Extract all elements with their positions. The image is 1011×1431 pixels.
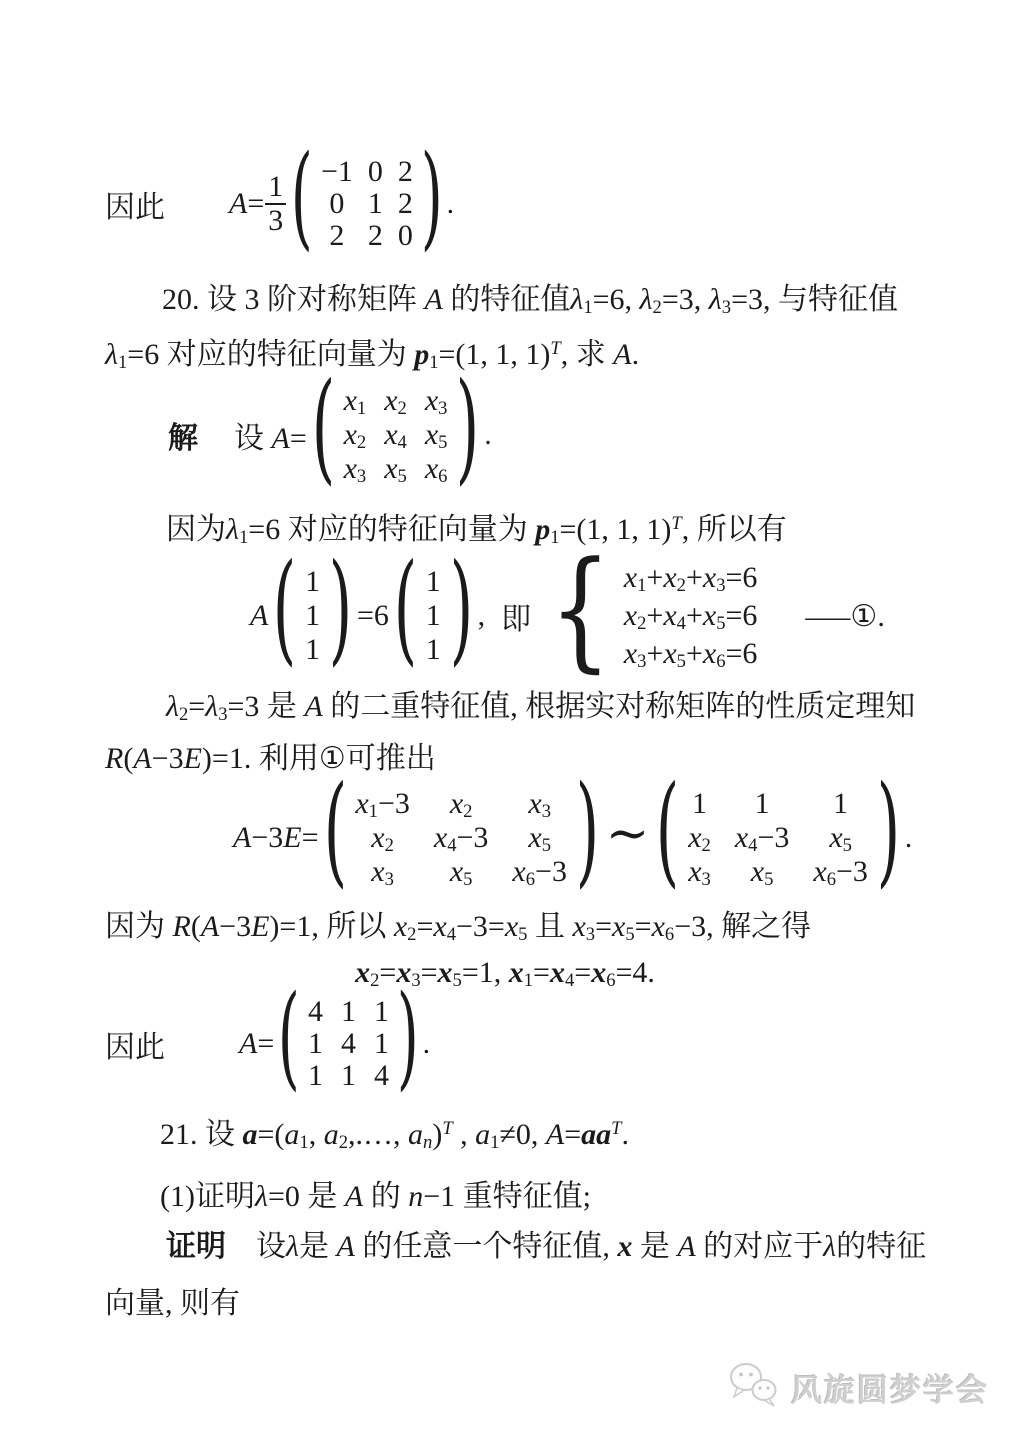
- matrix-cell: x3: [688, 855, 711, 889]
- matrix-cell: 2: [398, 187, 413, 221]
- left-paren: (: [291, 141, 313, 253]
- matrix-cell: 1: [308, 1059, 323, 1093]
- matrix-cell: x6−3: [813, 855, 868, 889]
- vector-cell: 1: [305, 633, 320, 667]
- fraction-denominator: 3: [265, 203, 286, 237]
- matrix-final: 411 141 114: [304, 996, 393, 1092]
- matrix-cell: x2: [384, 384, 407, 418]
- setup-lhs: 设 A=: [234, 413, 307, 457]
- vector-cell: 1: [305, 599, 320, 633]
- matrix-cell: 1: [374, 1027, 389, 1061]
- eq1-mid: =6: [357, 599, 389, 633]
- matrix-cell: x2: [688, 821, 711, 855]
- solve-label: 解: [168, 413, 198, 457]
- matrix-cell: 4: [341, 1027, 356, 1061]
- matrix-cell: 2: [398, 155, 413, 189]
- conclusion-block-top: 因此 A= 13 ( −102 012 220 ) .: [105, 148, 454, 260]
- matrix-cell: x1: [344, 384, 367, 418]
- vector-ones: 1 1 1: [301, 565, 324, 667]
- matrix-cell: x2: [371, 821, 394, 855]
- right-paren: ): [397, 981, 419, 1093]
- eq2-lhs: A−3E=: [233, 821, 319, 855]
- right-paren: ): [329, 549, 352, 669]
- problem-20-line-1: 20. 设 3 阶对称矩阵 A 的特征值λ1=6, λ2=3, λ3=3, 与特…: [162, 281, 898, 319]
- period: .: [484, 418, 492, 452]
- system-line: x1+x2+x3=6: [624, 561, 758, 595]
- vector-cell: 1: [426, 633, 441, 667]
- system-line: x3+x5+x6=6: [624, 637, 758, 671]
- matrix-cell: 1: [308, 1027, 323, 1061]
- vector-ones: 1 1 1: [422, 565, 445, 667]
- equation-tag-1: –––①.: [805, 599, 884, 634]
- matrix-cell: x3: [425, 384, 448, 418]
- period: .: [447, 187, 455, 221]
- matrix-cell: 4: [308, 995, 323, 1029]
- rank-paragraph-line-1: λ2=λ3=3 是 A 的二重特征值, 根据实对称矩阵的性质定理知: [166, 688, 915, 726]
- matrix-unknowns: x1x2x3 x2x4x5 x3x5x6: [340, 384, 452, 486]
- matrix-cell: x6: [425, 452, 448, 486]
- proof-label: 证明: [166, 1230, 226, 1263]
- row-equivalent-tilde: ~: [606, 804, 650, 864]
- watermark-text: 风旋圆梦学会: [791, 1365, 989, 1410]
- matrix-cell: 2: [368, 219, 383, 253]
- matrix-top: −102 012 220: [317, 156, 417, 252]
- matrix-cell: x2: [450, 787, 473, 821]
- vector-cell: 1: [305, 565, 320, 599]
- problem-20-line-2: λ1=6 对应的特征向量为 p1=(1, 1, 1)T, 求 A.: [105, 336, 639, 374]
- vector-cell: 1: [426, 599, 441, 633]
- textbook-solutions-page: 因此 A= 13 ( −102 012 220 ) . 20. 设 3 阶对称矩…: [0, 0, 1011, 1431]
- matrix-cell: x2: [344, 418, 367, 452]
- matrix-cell: x3: [528, 787, 551, 821]
- matrix-cell: x3: [344, 452, 367, 486]
- problem-21-part-1: (1)证明λ=0 是 A 的 n−1 重特征值;: [160, 1178, 591, 1216]
- matrix-cell: x5: [450, 855, 473, 889]
- right-paren: ): [421, 141, 443, 253]
- matrix-cell: 1: [755, 787, 770, 821]
- right-paren: ): [877, 771, 900, 891]
- solve-paragraph: 因为 R(A−3E)=1, 所以 x2=x4−3=x5 且 x3=x5=x6−3…: [105, 908, 811, 946]
- left-paren: (: [323, 771, 346, 891]
- left-paren: (: [311, 368, 334, 488]
- matrix-cell: x4−3: [735, 821, 790, 855]
- right-paren: ): [456, 368, 479, 488]
- left-paren: (: [273, 549, 296, 669]
- matrix-cell: −1: [321, 155, 353, 189]
- therefore-label: 因此: [105, 182, 165, 226]
- proof-line-2: 向量, 则有: [105, 1285, 240, 1323]
- fraction-one-third: 13: [265, 171, 286, 237]
- matrix-lhs: A=: [229, 187, 264, 221]
- proof-line-1: 证明设λ是 A 的任意一个特征值, x 是 A 的对应于λ的特征: [166, 1228, 926, 1266]
- matrix-cell: 1: [341, 995, 356, 1029]
- matrix-cell: x5: [829, 821, 852, 855]
- matrix-cell: x5: [384, 452, 407, 486]
- watermark: 风旋圆梦学会: [727, 1362, 989, 1413]
- fraction-numerator: 1: [268, 171, 283, 203]
- eigen-equation-block: A ( 1 1 1 ) =6 ( 1 1 1 ) , 即 { x1+x2+x3=…: [250, 551, 885, 681]
- matrix-row-reduced: 111 x2x4−3x5 x3x5x6−3: [684, 787, 872, 889]
- left-paren: (: [394, 549, 417, 669]
- system-line: x2+x4+x5=6: [624, 599, 758, 633]
- because-line: 因为λ1=6 对应的特征向量为 p1=(1, 1, 1)T, 所以有: [166, 511, 787, 549]
- matrix-cell: 0: [329, 187, 344, 221]
- a-minus-3e-block: A−3E= ( x1−3x2x3 x2x4−3x5 x3x5x6−3 ) ~ (…: [233, 778, 912, 898]
- problem-21-line-1: 21. 设 a=(a1, a2,.…, an)T , a1≠0, A=aaT.: [160, 1116, 629, 1154]
- matrix-cell: x5: [751, 855, 774, 889]
- left-brace: {: [549, 544, 611, 674]
- matrix-cell: x1−3: [355, 787, 410, 821]
- rank-paragraph-line-2: R(A−3E)=1. 利用①可推出: [105, 740, 436, 778]
- period: .: [423, 1027, 431, 1061]
- matrix-cell: x4−3: [434, 821, 489, 855]
- equation-system: x1+x2+x3=6 x2+x4+x5=6 x3+x5+x6=6: [624, 559, 758, 673]
- matrix-cell: 1: [341, 1059, 356, 1093]
- left-paren: (: [278, 981, 300, 1093]
- matrix-cell: 0: [398, 219, 413, 253]
- matrix-cell: 1: [692, 787, 707, 821]
- matrix-cell: 0: [368, 155, 383, 189]
- matrix-cell: 1: [368, 187, 383, 221]
- matrix-cell: 2: [329, 219, 344, 253]
- period: .: [905, 821, 913, 855]
- matrix-cell: 1: [374, 995, 389, 1029]
- solution-values-line: x2=x3=x5=1, x1=x4=x6=4.: [105, 956, 905, 990]
- left-paren: (: [656, 771, 679, 891]
- matrix-lhs: A=: [239, 1027, 274, 1061]
- comma: ,: [478, 599, 486, 633]
- matrix-cell: x4: [384, 418, 407, 452]
- wechat-bubbles-icon: [727, 1362, 781, 1413]
- right-paren: ): [576, 771, 599, 891]
- matrix-cell: x6−3: [512, 855, 567, 889]
- eq1-lhs: A: [250, 599, 268, 633]
- proof-line-1-text: 设λ是 A 的任意一个特征值, x 是 A 的对应于λ的特征: [256, 1230, 926, 1263]
- solution-setup-block: 解 设 A= ( x1x2x3 x2x4x5 x3x5x6 ) .: [168, 375, 492, 495]
- matrix-a-minus-3e: x1−3x2x3 x2x4−3x5 x3x5x6−3: [351, 787, 571, 889]
- namely-label: 即: [501, 594, 531, 638]
- matrix-cell: 4: [374, 1059, 389, 1093]
- therefore-label: 因此: [105, 1022, 165, 1066]
- right-paren: ): [449, 549, 472, 669]
- matrix-cell: 1: [833, 787, 848, 821]
- vector-cell: 1: [426, 565, 441, 599]
- matrix-cell: x3: [371, 855, 394, 889]
- conclusion-block-final: 因此 A= ( 411 141 114 ) .: [105, 988, 430, 1100]
- matrix-cell: x5: [528, 821, 551, 855]
- matrix-cell: x5: [425, 418, 448, 452]
